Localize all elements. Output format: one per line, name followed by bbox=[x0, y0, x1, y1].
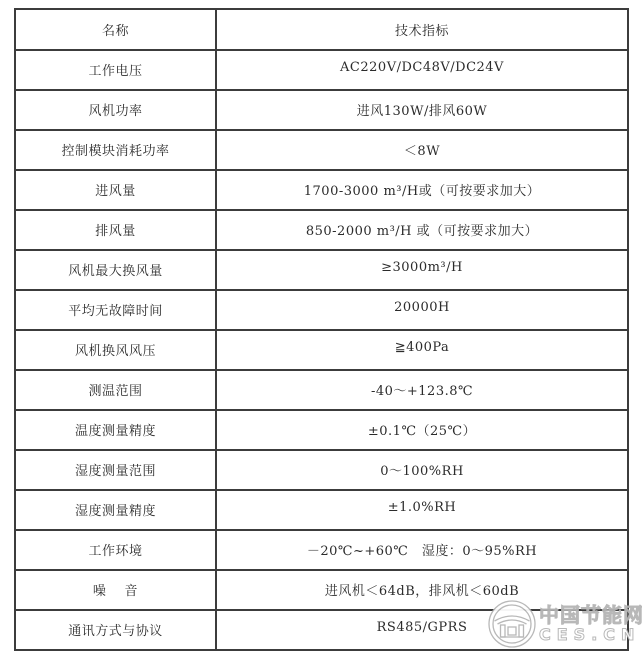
spec-name-cell: 平均无故障时间 bbox=[15, 290, 216, 330]
spec-name-cell: 风机换风风压 bbox=[15, 330, 216, 370]
table-row: 风机最大换风量≥3000m³/H bbox=[15, 250, 628, 290]
watermark-text: 中国节能网 CES.CN bbox=[539, 605, 642, 643]
spec-name-cell: 风机功率 bbox=[15, 90, 216, 130]
spec-name-cell: 温度测量精度 bbox=[15, 410, 216, 450]
table-row: 平均无故障时间20000H bbox=[15, 290, 628, 330]
spec-value-cell: 进风130W/排风60W bbox=[216, 90, 628, 130]
spec-value-cell: ≥3000m³/H bbox=[216, 250, 628, 290]
spec-value-cell: 20000H bbox=[216, 290, 628, 330]
table-row: 风机功率进风130W/排风60W bbox=[15, 90, 628, 130]
spec-value-cell: －20℃~+60℃ 湿度：0～95%RH bbox=[216, 530, 628, 570]
spec-name-cell: 排风量 bbox=[15, 210, 216, 250]
spec-value-cell: -40～+123.8℃ bbox=[216, 370, 628, 410]
watermark: 中国节能网 CES.CN bbox=[487, 599, 642, 649]
spec-value-cell: ±1.0%RH bbox=[216, 490, 628, 530]
table-row: 湿度测量精度±1.0%RH bbox=[15, 490, 628, 530]
table-row: 进风量1700-3000 m³/H或（可按要求加大） bbox=[15, 170, 628, 210]
spec-name-cell: 测温范围 bbox=[15, 370, 216, 410]
spec-name-cell: 工作环境 bbox=[15, 530, 216, 570]
spec-value-cell: 850-2000 m³/H 或（可按要求加大） bbox=[216, 210, 628, 250]
spec-value-cell: ≧400Pa bbox=[216, 330, 628, 370]
spec-name-cell: 噪 音 bbox=[15, 570, 216, 610]
table-row: 工作电压AC220V/DC48V/DC24V bbox=[15, 50, 628, 90]
spec-name-cell: 进风量 bbox=[15, 170, 216, 210]
spec-value-cell: ±0.1℃（25℃） bbox=[216, 410, 628, 450]
watermark-title: 中国节能网 bbox=[539, 605, 642, 625]
spec-name-cell: 湿度测量精度 bbox=[15, 490, 216, 530]
spec-value-cell: AC220V/DC48V/DC24V bbox=[216, 50, 628, 90]
spec-value-cell: 1700-3000 m³/H或（可按要求加大） bbox=[216, 170, 628, 210]
table-row: 温度测量精度±0.1℃（25℃） bbox=[15, 410, 628, 450]
watermark-subtitle: CES.CN bbox=[539, 627, 642, 643]
spec-page: 名称 技术指标 工作电压AC220V/DC48V/DC24V风机功率进风130W… bbox=[0, 0, 642, 658]
table-row: 排风量850-2000 m³/H 或（可按要求加大） bbox=[15, 210, 628, 250]
spec-value-cell: ＜8W bbox=[216, 130, 628, 170]
header-name-col: 名称 bbox=[15, 9, 216, 50]
spec-name-cell: 湿度测量范围 bbox=[15, 450, 216, 490]
table-row: 风机换风风压≧400Pa bbox=[15, 330, 628, 370]
header-spec-col: 技术指标 bbox=[216, 9, 628, 50]
header-row: 名称 技术指标 bbox=[15, 9, 628, 50]
spec-table-body: 工作电压AC220V/DC48V/DC24V风机功率进风130W/排风60W控制… bbox=[15, 50, 628, 650]
spec-name-cell: 控制模块消耗功率 bbox=[15, 130, 216, 170]
spec-value-cell: 0～100%RH bbox=[216, 450, 628, 490]
spec-name-cell: 风机最大换风量 bbox=[15, 250, 216, 290]
table-row: 控制模块消耗功率＜8W bbox=[15, 130, 628, 170]
spec-name-cell: 工作电压 bbox=[15, 50, 216, 90]
spec-name-cell: 通讯方式与协议 bbox=[15, 610, 216, 650]
table-row: 湿度测量范围0～100%RH bbox=[15, 450, 628, 490]
ces-logo-icon bbox=[487, 599, 537, 649]
table-row: 测温范围-40～+123.8℃ bbox=[15, 370, 628, 410]
spec-table: 名称 技术指标 工作电压AC220V/DC48V/DC24V风机功率进风130W… bbox=[14, 8, 629, 651]
table-row: 工作环境－20℃~+60℃ 湿度：0～95%RH bbox=[15, 530, 628, 570]
